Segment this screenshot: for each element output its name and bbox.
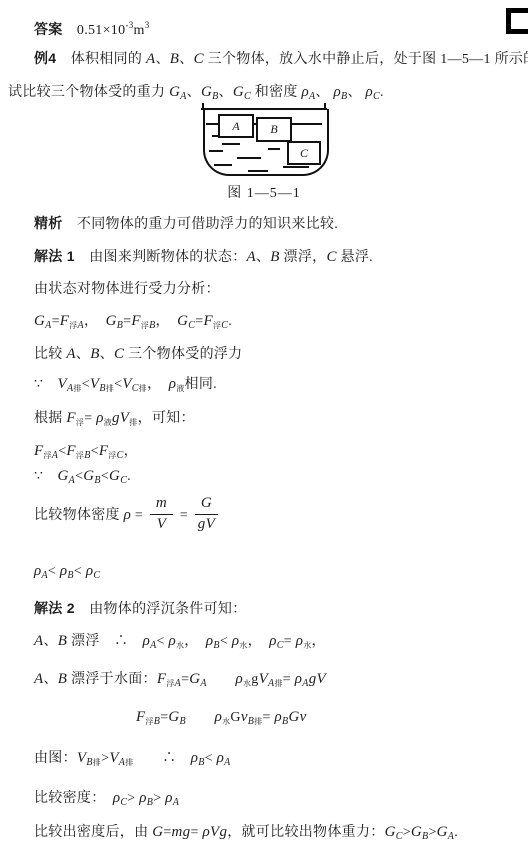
text-segment: >: [153, 791, 165, 806]
text-segment: 液: [104, 418, 112, 427]
text-segment: B: [90, 346, 99, 362]
text-segment: A: [224, 757, 230, 768]
object-c-label: C: [300, 146, 308, 161]
float-equation-b: F浮B=GB ρ水GvB排= ρBGv: [136, 706, 307, 733]
text-segment: <: [220, 634, 232, 649]
text-segment: 、: [76, 347, 90, 362]
text-segment: >: [127, 791, 139, 806]
displaced-volume-compare: ∵ VA排<VB排<VC排， ρ液相同.: [34, 373, 217, 400]
text-segment: 比较密度：: [34, 791, 113, 806]
text-segment: G: [201, 84, 212, 100]
text-segment: G: [177, 313, 188, 329]
text-segment: G: [437, 824, 448, 840]
text-segment: 由图：: [34, 751, 77, 766]
text-segment: ，: [147, 377, 169, 392]
text-segment: V: [90, 376, 99, 392]
text-segment: 、: [187, 85, 201, 100]
method1-heading: 解法 1 由图来判断物体的状态：A、B 漂浮，C 悬浮.: [34, 245, 373, 269]
water-dash: [283, 166, 309, 168]
water-dash: [214, 164, 232, 166]
text-segment: =: [131, 508, 147, 523]
text-segment: 浮: [76, 418, 84, 427]
text-segment: ρ: [366, 84, 374, 100]
text-segment: 排: [106, 384, 114, 393]
text-segment: =: [284, 634, 296, 649]
text-segment: gV: [112, 410, 129, 426]
buoyancy-formula-line: 根据 F浮= ρ液gV排，可知：: [34, 407, 195, 434]
text-segment: ∵: [34, 469, 58, 484]
text-segment: C: [396, 831, 403, 842]
gravity-compare: ∵ GA<GB<GC.: [34, 465, 131, 492]
text-segment: ，: [184, 634, 206, 649]
text-segment: 水: [243, 679, 251, 688]
buoyancy-compare: F浮A<F浮B<F浮C，: [34, 440, 138, 467]
text-segment: -3: [125, 20, 133, 30]
text-segment: ρ: [96, 410, 104, 426]
text-segment: G: [169, 84, 180, 100]
text-segment: 比较出密度后，由: [34, 825, 152, 840]
final-conclusion-line: 比较出密度后，由 G=mg= ρVg，就可比较出物体重力：GC>GB>GA.: [34, 821, 458, 848]
text-segment: <: [82, 377, 90, 392]
text-segment: ，: [156, 314, 178, 329]
text-segment: ρ: [235, 671, 243, 687]
text-segment: G: [385, 824, 396, 840]
text-segment: C: [132, 383, 139, 394]
text-segment: 解法 2: [34, 600, 75, 616]
text-segment: 、: [155, 52, 169, 67]
page-corner-icon: [506, 8, 528, 34]
text-segment: 根据: [34, 411, 66, 426]
text-segment: 排: [129, 418, 137, 427]
analysis-line: 精析 不同物体的重力可借助浮力的知识来比较.: [34, 212, 338, 236]
text-segment: ρ: [139, 790, 147, 806]
text-segment: [186, 710, 215, 725]
text-segment: A: [173, 797, 179, 808]
text-segment: 排: [125, 758, 133, 767]
text-segment: 、: [100, 347, 114, 362]
text-segment: g: [251, 672, 258, 687]
text-segment: G: [168, 709, 179, 725]
water-dash: [209, 150, 223, 152]
text-segment: 由状态对物体进行受力分析：: [34, 282, 220, 297]
text-segment: C: [194, 51, 204, 67]
water-dash: [248, 170, 268, 172]
text-segment: B: [58, 671, 67, 687]
text-segment: 排: [274, 679, 282, 688]
text-segment: <: [74, 564, 86, 579]
text-segment: 例4: [34, 50, 56, 66]
text-segment: 由图来判断物体的状态：: [75, 250, 247, 265]
text-segment: A: [247, 249, 256, 265]
text-segment: F: [157, 671, 166, 687]
text-segment: Gv: [288, 709, 306, 725]
text-segment: ，: [84, 314, 106, 329]
text-segment: >: [428, 825, 436, 840]
text-segment: C: [277, 640, 284, 651]
text-segment: 答案: [34, 21, 63, 37]
object-a-block: A: [218, 114, 254, 138]
text-segment: ，: [124, 444, 138, 459]
text-segment: F: [131, 313, 140, 329]
text-segment: F: [203, 313, 212, 329]
text-segment: <: [101, 469, 109, 484]
text-segment: 悬浮.: [337, 250, 373, 265]
text-segment: 体积相同的: [56, 52, 146, 67]
density-compare-method1: ρA< ρB< ρC: [34, 560, 100, 587]
text-segment: G: [58, 468, 69, 484]
text-segment: G: [34, 313, 45, 329]
text-segment: 、: [256, 250, 270, 265]
text-segment: ρ: [143, 633, 151, 649]
text-segment: 比较: [34, 347, 66, 362]
text-segment: =: [283, 672, 295, 687]
text-segment: V: [122, 376, 131, 392]
text-segment: ，可知：: [138, 411, 195, 426]
text-segment: .: [454, 825, 458, 840]
text-segment: C: [93, 570, 100, 581]
fraction: GgV: [195, 494, 218, 534]
text-segment: =: [263, 710, 275, 725]
text-segment: v: [241, 709, 248, 725]
water-dash: [237, 157, 261, 159]
text-segment: ，就可比较出物体重力：: [227, 825, 384, 840]
text-segment: ∴: [134, 751, 191, 766]
text-segment: =: [176, 508, 192, 523]
text-segment: >: [403, 825, 411, 840]
text-segment: V: [109, 750, 118, 766]
text-segment: 水: [303, 641, 311, 650]
text-segment: 试比较三个物体受的重力: [8, 85, 169, 100]
text-segment: G: [109, 468, 120, 484]
text-segment: =: [52, 314, 60, 329]
gravity-equals-buoyancy: GA=F浮A， GB=F浮B， GC=F浮C.: [34, 310, 232, 337]
text-segment: G: [411, 824, 422, 840]
text-segment: 漂浮 ∴: [67, 634, 142, 649]
answer-line: 答案 0.51×10-3m3: [34, 14, 150, 42]
text-segment: .: [228, 314, 232, 329]
text-segment: Vg: [210, 824, 227, 840]
text-segment: C: [373, 91, 380, 102]
text-segment: m: [134, 23, 145, 38]
text-segment: C: [117, 450, 124, 461]
text-segment: 浮: [108, 451, 116, 460]
text-segment: 相同.: [185, 377, 217, 392]
text-segment: 0.51×10: [63, 23, 126, 38]
text-segment: F: [60, 313, 69, 329]
text-segment: B: [270, 249, 279, 265]
text-segment: <: [48, 564, 60, 579]
text-segment: G: [83, 468, 94, 484]
figure-caption: 图 1—5—1: [0, 182, 528, 202]
text-segment: V: [58, 376, 67, 392]
density-formula-line: 比较物体密度 ρ = mV = GgV: [34, 496, 221, 536]
text-segment: ，: [248, 634, 270, 649]
text-segment: 漂浮于水面：: [67, 672, 157, 687]
text-segment: <: [91, 444, 99, 459]
object-b-label: B: [270, 122, 277, 137]
float-condition-line: A、B 漂浮 ∴ ρA< ρ水， ρB< ρ水， ρC= ρ水，: [34, 630, 326, 657]
text-segment: B: [58, 633, 67, 649]
text-segment: 排: [93, 758, 101, 767]
text-segment: ρ: [269, 633, 277, 649]
text-segment: G: [233, 84, 244, 100]
float-equation-a: A、B 漂浮于水面：F浮A=GA ρ水gVA排= ρAgV: [34, 668, 326, 695]
text-segment: G: [152, 824, 163, 840]
text-segment: 、: [43, 672, 57, 687]
compare-buoyancy-intro: 比较 A、B、C 三个物体受的浮力: [34, 343, 242, 366]
water-dash: [268, 148, 280, 150]
text-segment: 三个物体受的浮力: [124, 347, 242, 362]
text-segment: ρ: [34, 563, 42, 579]
density-compare-method2: 比较密度： ρC> ρB> ρA: [34, 787, 179, 814]
text-segment: 浮: [69, 321, 77, 330]
text-segment: 漂浮，: [280, 250, 327, 265]
text-segment: ρ: [334, 84, 342, 100]
text-segment: ρ: [301, 84, 309, 100]
text-segment: <: [156, 634, 168, 649]
text-segment: V: [77, 750, 86, 766]
volume-conclusion-line: 由图：VB排>VA排 ∴ ρB< ρA: [34, 747, 231, 774]
text-segment: G: [106, 313, 117, 329]
force-analysis-intro: 由状态对物体进行受力分析：: [34, 279, 220, 301]
text-segment: =: [163, 825, 171, 840]
method2-heading: 解法 2 由物体的浮沉条件可知：: [34, 597, 247, 621]
text-segment: A: [66, 346, 75, 362]
text-segment: .: [127, 469, 131, 484]
text-segment: =: [84, 411, 96, 426]
text-segment: C: [244, 91, 251, 102]
text-segment: ρ: [168, 633, 176, 649]
text-segment: .: [380, 85, 384, 100]
text-segment: <: [205, 751, 217, 766]
text-segment: =: [190, 825, 202, 840]
example-heading-cont: 试比较三个物体受的重力 GA、GB、GC 和密度 ρA、 ρB、 ρC.: [8, 81, 384, 108]
text-segment: 排: [73, 384, 81, 393]
text-segment: ρ: [202, 824, 210, 840]
text-segment: mg: [172, 824, 191, 840]
fraction: mV: [150, 494, 173, 534]
text-segment: 水: [239, 641, 247, 650]
text-segment: 浮: [166, 679, 174, 688]
text-segment: 排: [254, 717, 262, 726]
text-segment: 三个物体，放入水中静止后，处于图 1—5—1 所示的状态，: [204, 52, 528, 67]
text-segment: V: [259, 671, 268, 687]
text-segment: 比较物体密度: [34, 508, 124, 523]
text-segment: ，: [312, 634, 326, 649]
water-dash: [222, 143, 240, 145]
text-segment: ρ: [124, 507, 132, 523]
example-heading: 例4 体积相同的 A、B、C 三个物体，放入水中静止后，处于图 1—5—1 所示…: [34, 47, 528, 71]
text-segment: 浮: [145, 717, 153, 726]
text-segment: 、: [43, 634, 57, 649]
text-segment: G: [189, 671, 200, 687]
text-segment: 、: [315, 85, 333, 100]
text-segment: ρ: [215, 709, 223, 725]
text-segment: 精析: [34, 215, 63, 231]
text-segment: 液: [176, 384, 184, 393]
text-segment: B: [170, 51, 179, 67]
text-segment: 、: [347, 85, 365, 100]
text-segment: F: [99, 443, 108, 459]
text-segment: C: [326, 249, 336, 265]
object-b-block: B: [256, 117, 292, 142]
text-segment: 、: [179, 52, 193, 67]
text-segment: 排: [139, 384, 147, 393]
text-segment: 不同物体的重力可借助浮力的知识来比较.: [63, 217, 339, 232]
text-segment: ρ: [275, 709, 283, 725]
text-segment: 和密度: [251, 85, 302, 100]
text-segment: F: [66, 443, 75, 459]
text-segment: 由物体的浮沉条件可知：: [75, 602, 247, 617]
text-segment: C: [114, 346, 124, 362]
object-a-label: A: [232, 119, 239, 134]
text-segment: G: [230, 710, 240, 725]
text-segment: ∵: [34, 377, 58, 392]
text-segment: 3: [145, 20, 150, 30]
textbook-page: 答案 0.51×10-3m3例4 体积相同的 A、B、C 三个物体，放入水中静止…: [0, 0, 528, 854]
text-segment: [207, 672, 236, 687]
text-segment: F: [66, 410, 75, 426]
text-segment: 浮: [43, 451, 51, 460]
text-segment: 浮: [141, 321, 149, 330]
text-segment: gV: [309, 671, 326, 687]
text-segment: ρ: [165, 790, 173, 806]
text-segment: 浮: [76, 451, 84, 460]
text-segment: 、: [219, 85, 233, 100]
text-segment: 解法 1: [34, 248, 75, 264]
object-c-block: C: [287, 141, 321, 165]
